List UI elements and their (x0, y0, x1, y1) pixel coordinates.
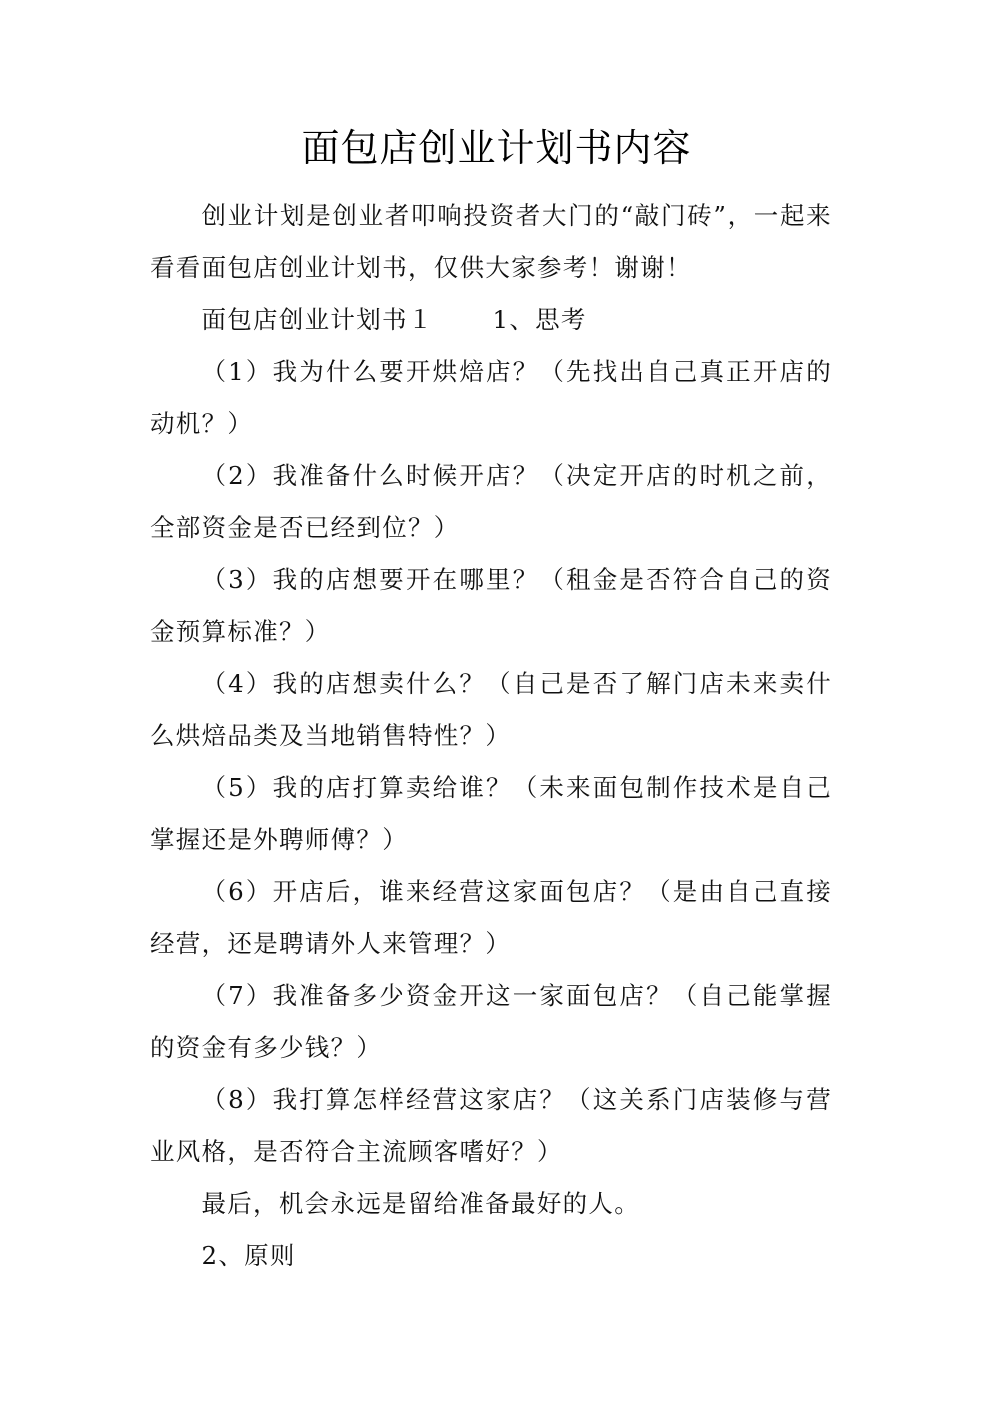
question-1: （1）我为什么要开烘焙店？（先找出自己真正开店的动机？） (150, 346, 832, 450)
document-body: 创业计划是创业者叩响投资者大门的“敲门砖”，一起来看看面包店创业计划书，仅供大家… (150, 190, 832, 1282)
document-page: 面包店创业计划书内容 创业计划是创业者叩响投资者大门的“敲门砖”，一起来看看面包… (0, 0, 993, 1404)
next-section-heading: 2、原则 (150, 1230, 832, 1282)
question-5: （5）我的店打算卖给谁？（未来面包制作技术是自己掌握还是外聘师傅？） (150, 762, 832, 866)
section-heading-label: 面包店创业计划书１ (201, 305, 433, 334)
question-8: （8）我打算怎样经营这家店？（这关系门店装修与营业风格，是否符合主流顾客嗜好？） (150, 1074, 832, 1178)
question-2: （2）我准备什么时候开店？（决定开店的时机之前，全部资金是否已经到位？） (150, 450, 832, 554)
conclusion-paragraph: 最后，机会永远是留给准备最好的人。 (150, 1178, 832, 1230)
section-subheading: 1、思考 (492, 305, 586, 334)
document-title: 面包店创业计划书内容 (0, 122, 993, 174)
question-6: （6）开店后，谁来经营这家面包店？（是由自己直接经营，还是聘请外人来管理？） (150, 866, 832, 970)
question-3: （3）我的店想要开在哪里？（租金是否符合自己的资金预算标准？） (150, 554, 832, 658)
question-7: （7）我准备多少资金开这一家面包店？（自己能掌握的资金有多少钱？） (150, 970, 832, 1074)
section-heading: 面包店创业计划书１1、思考 (150, 294, 832, 346)
question-4: （4）我的店想卖什么？（自己是否了解门店未来卖什么烘焙品类及当地销售特性？） (150, 658, 832, 762)
intro-paragraph: 创业计划是创业者叩响投资者大门的“敲门砖”，一起来看看面包店创业计划书，仅供大家… (150, 190, 832, 294)
